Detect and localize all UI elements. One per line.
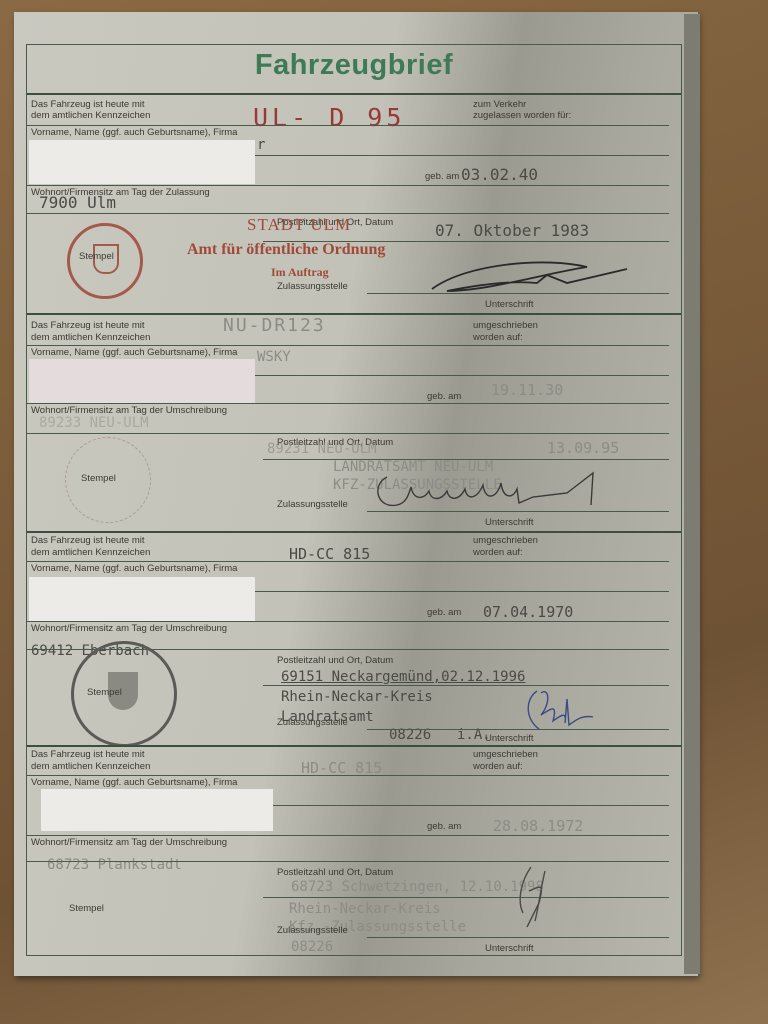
on-behalf-text: Im Auftrag bbox=[271, 265, 329, 280]
plate-number: UL- D 95 bbox=[253, 103, 405, 132]
vehicle-registration-document: Fahrzeugbrief Das Fahrzeug ist heute mit… bbox=[14, 12, 698, 976]
registration-office-label: Zulassungsstelle bbox=[277, 717, 348, 729]
plate-label-line2: dem amtlichen Kennzeichen bbox=[31, 110, 150, 122]
name-label: Vorname, Name (ggf. auch Geburtsname), F… bbox=[31, 127, 237, 139]
signature-4 bbox=[505, 861, 575, 931]
signature-1 bbox=[427, 253, 637, 297]
plate-label-line2: dem amtlichen Kennzeichen bbox=[31, 332, 150, 344]
residence-label: Wohnort/Firmensitz am Tag der Umschreibu… bbox=[31, 623, 227, 635]
name-label: Vorname, Name (ggf. auch Geburtsname), F… bbox=[31, 347, 237, 359]
postcode-place-date-label: Postleitzahl und Ort, Datum bbox=[277, 867, 393, 879]
date: 13.09.95 bbox=[547, 439, 619, 457]
office-name: STADT ULM bbox=[247, 215, 351, 235]
office-name: Rhein-Neckar-Kreis bbox=[289, 901, 441, 917]
born-label: geb. am bbox=[425, 171, 459, 183]
form-frame: Fahrzeugbrief Das Fahrzeug ist heute mit… bbox=[26, 44, 682, 956]
transferred-label-line2: worden auf: bbox=[473, 332, 523, 344]
plate-label-line1: Das Fahrzeug ist heute mit bbox=[31, 749, 145, 761]
office-department: Amt für öffentliche Ordnung bbox=[187, 241, 385, 259]
transferred-label-line1: umgeschrieben bbox=[473, 320, 538, 332]
name-label: Vorname, Name (ggf. auch Geburtsname), F… bbox=[31, 563, 237, 575]
place: 89231 NEU-ULM bbox=[267, 441, 377, 457]
divider bbox=[27, 93, 681, 95]
redacted-name bbox=[41, 789, 273, 831]
residence-label: Wohnort/Firmensitz am Tag der Umschreibu… bbox=[31, 837, 227, 849]
birth-date: 07.04.1970 bbox=[483, 603, 573, 621]
stamp-label: Stempel bbox=[69, 903, 104, 915]
place-date: 07. Oktober 1983 bbox=[435, 221, 589, 240]
place-date: 69151 Neckargemünd,02.12.1996 bbox=[281, 669, 525, 685]
signature-label: Unterschrift bbox=[485, 943, 534, 955]
registration-office-label: Zulassungsstelle bbox=[277, 925, 348, 937]
transferred-label-line1: umgeschrieben bbox=[473, 535, 538, 547]
registration-office-label: Zulassungsstelle bbox=[277, 281, 348, 293]
name-label: Vorname, Name (ggf. auch Geburtsname), F… bbox=[31, 777, 237, 789]
signature-label: Unterschrift bbox=[485, 517, 534, 529]
transferred-label-line2: worden auf: bbox=[473, 761, 523, 773]
transferred-label-line2: worden auf: bbox=[473, 547, 523, 559]
birth-date: 03.02.40 bbox=[461, 165, 538, 184]
residence: 7900 Ulm bbox=[39, 193, 116, 212]
document-title: Fahrzeugbrief bbox=[27, 49, 681, 82]
office-code: 08226 bbox=[291, 939, 333, 955]
transferred-label-line1: umgeschrieben bbox=[473, 749, 538, 761]
office-name: Rhein-Neckar-Kreis bbox=[281, 689, 433, 705]
postcode-place-date-label: Postleitzahl und Ort, Datum bbox=[277, 655, 393, 667]
stamp-label: Stempel bbox=[79, 251, 114, 263]
name-fragment: r bbox=[257, 137, 265, 153]
signature-3 bbox=[523, 685, 613, 735]
paper-edge bbox=[684, 14, 700, 974]
plate-label-line2: dem amtlichen Kennzeichen bbox=[31, 547, 150, 559]
signature-label: Unterschrift bbox=[485, 299, 534, 311]
name-fragment: WSKY bbox=[257, 349, 291, 365]
redacted-name bbox=[29, 359, 255, 403]
plate-label-line1: Das Fahrzeug ist heute mit bbox=[31, 320, 145, 332]
plate-label-line2: dem amtlichen Kennzeichen bbox=[31, 761, 150, 773]
born-label: geb. am bbox=[427, 607, 461, 619]
registration-office-label: Zulassungsstelle bbox=[277, 499, 348, 511]
residence: 68723 Plankstadt bbox=[47, 857, 182, 873]
stamp-label: Stempel bbox=[81, 473, 116, 485]
stamp-label: Stempel bbox=[87, 687, 122, 699]
redacted-name bbox=[29, 577, 255, 621]
birth-date: 28.08.1972 bbox=[493, 817, 583, 835]
birth-date: 19.11.30 bbox=[491, 381, 563, 399]
admitted-label-line2: zugelassen worden für: bbox=[473, 110, 571, 122]
signature-2 bbox=[367, 465, 597, 515]
born-label: geb. am bbox=[427, 391, 461, 403]
plate-number: NU-DR123 bbox=[223, 315, 326, 336]
residence: 89233 NEU-ULM bbox=[39, 415, 149, 431]
redacted-name bbox=[29, 140, 255, 184]
born-label: geb. am bbox=[427, 821, 461, 833]
plate-label-line1: Das Fahrzeug ist heute mit bbox=[31, 535, 145, 547]
